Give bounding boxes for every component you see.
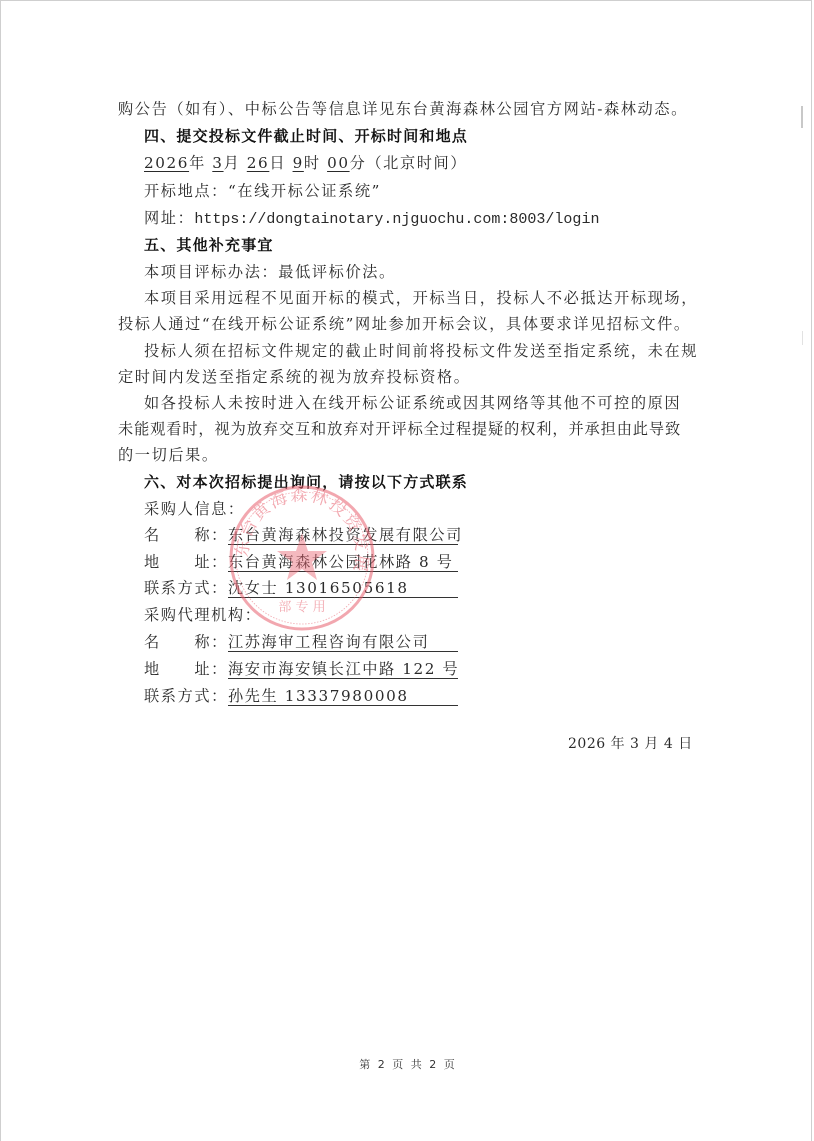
agency-name-row: 名 称：江苏海审工程咨询有限公司	[144, 632, 458, 652]
paragraph-line: 定时间内发送至指定系统的视为放弃投标资格。	[118, 367, 471, 387]
scan-artifact	[802, 331, 803, 345]
paragraph-line: 的一切后果。	[118, 445, 219, 465]
deadline-minute: 00	[327, 154, 350, 172]
agency-address-value: 海安市海安镇长江中路 122 号	[228, 660, 458, 679]
paragraph-line: 本项目评标办法：最低评标价法。	[144, 262, 396, 282]
paragraph-line: 本项目采用远程不见面开标的模式，开标当日，投标人不必抵达开标现场，	[144, 288, 698, 308]
deadline-datetime: 2026年 3月 26日 9时 00分（北京时间）	[144, 153, 467, 173]
paragraph-line: 投标人须在招标文件规定的截止时间前将投标文件发送至指定系统，未在规	[144, 341, 698, 361]
purchaser-title: 采购人信息：	[144, 499, 245, 519]
location-value: “在线开标公证系统”	[228, 182, 381, 200]
purchaser-name-label: 名 称：	[144, 525, 228, 545]
location-label: 开标地点：	[144, 182, 228, 200]
agency-address-row: 地 址：海安市海安镇长江中路 122 号	[144, 659, 458, 679]
deadline-hour: 9	[293, 154, 304, 172]
purchaser-address-value: 东台黄海森林公园花林路 8 号	[228, 553, 458, 572]
opening-location: 开标地点：“在线开标公证系统”	[144, 181, 381, 201]
day-unit: 日	[269, 154, 286, 172]
purchaser-name-value: 东台黄海森林投资发展有限公司	[228, 526, 458, 545]
agency-name-value: 江苏海审工程咨询有限公司	[228, 633, 458, 652]
agency-contact-label: 联系方式：	[144, 686, 228, 706]
section6-heading: 六、对本次招标提出询问，请按以下方式联系	[144, 472, 468, 492]
url-link[interactable]: https://dongtainotary.njguochu.com:8003/…	[194, 211, 599, 228]
section4-heading: 四、提交投标文件截止时间、开标时间和地点	[144, 126, 468, 146]
deadline-year: 2026	[144, 154, 189, 172]
purchaser-name-row: 名 称：东台黄海森林投资发展有限公司	[144, 525, 458, 545]
hour-unit: 时	[304, 154, 321, 172]
sign-date: 2026 年 3 月 4 日	[568, 734, 693, 754]
continuation-line: 购公告（如有）、中标公告等信息详见东台黄海森林公园官方网站-森林动态。	[118, 99, 688, 119]
scan-artifact	[801, 106, 803, 128]
agency-name-label: 名 称：	[144, 632, 228, 652]
svg-text:部 专 用: 部 专 用	[278, 599, 325, 615]
purchaser-address-row: 地 址：东台黄海森林公园花林路 8 号	[144, 552, 458, 572]
deadline-month: 3	[212, 154, 223, 172]
purchaser-contact-label: 联系方式：	[144, 578, 228, 598]
document-page: 购公告（如有）、中标公告等信息详见东台黄海森林公园官方网站-森林动态。 四、提交…	[0, 0, 812, 1141]
minute-unit: 分（北京时间）	[350, 154, 468, 172]
agency-contact-value: 孙先生 13337980008	[228, 687, 458, 706]
agency-contact-row: 联系方式：孙先生 13337980008	[144, 686, 458, 706]
opening-url: 网址：https://dongtainotary.njguochu.com:80…	[144, 208, 599, 230]
deadline-day: 26	[247, 154, 270, 172]
paragraph-line: 如各投标人未按时进入在线开标公证系统或因其网络等其他不可控的原因	[144, 393, 681, 413]
paragraph-line: 投标人通过“在线开标公证系统”网址参加开标会议，具体要求详见招标文件。	[118, 314, 691, 334]
agency-address-label: 地 址：	[144, 659, 228, 679]
paragraph-line: 未能观看时，视为放弃交互和放弃对开评标全过程提疑的权利，并承担由此导致	[118, 419, 681, 439]
url-label: 网址：	[144, 209, 194, 227]
purchaser-address-label: 地 址：	[144, 552, 228, 572]
purchaser-contact-row: 联系方式：沈女士 13016505618	[144, 578, 458, 598]
page-number-footer: 第 2 页 共 2 页	[1, 1056, 814, 1072]
purchaser-contact-value: 沈女士 13016505618	[228, 579, 458, 598]
month-unit: 月	[224, 154, 241, 172]
agency-title: 采购代理机构：	[144, 605, 262, 625]
year-unit: 年	[189, 154, 206, 172]
section5-heading: 五、其他补充事宜	[144, 235, 274, 255]
